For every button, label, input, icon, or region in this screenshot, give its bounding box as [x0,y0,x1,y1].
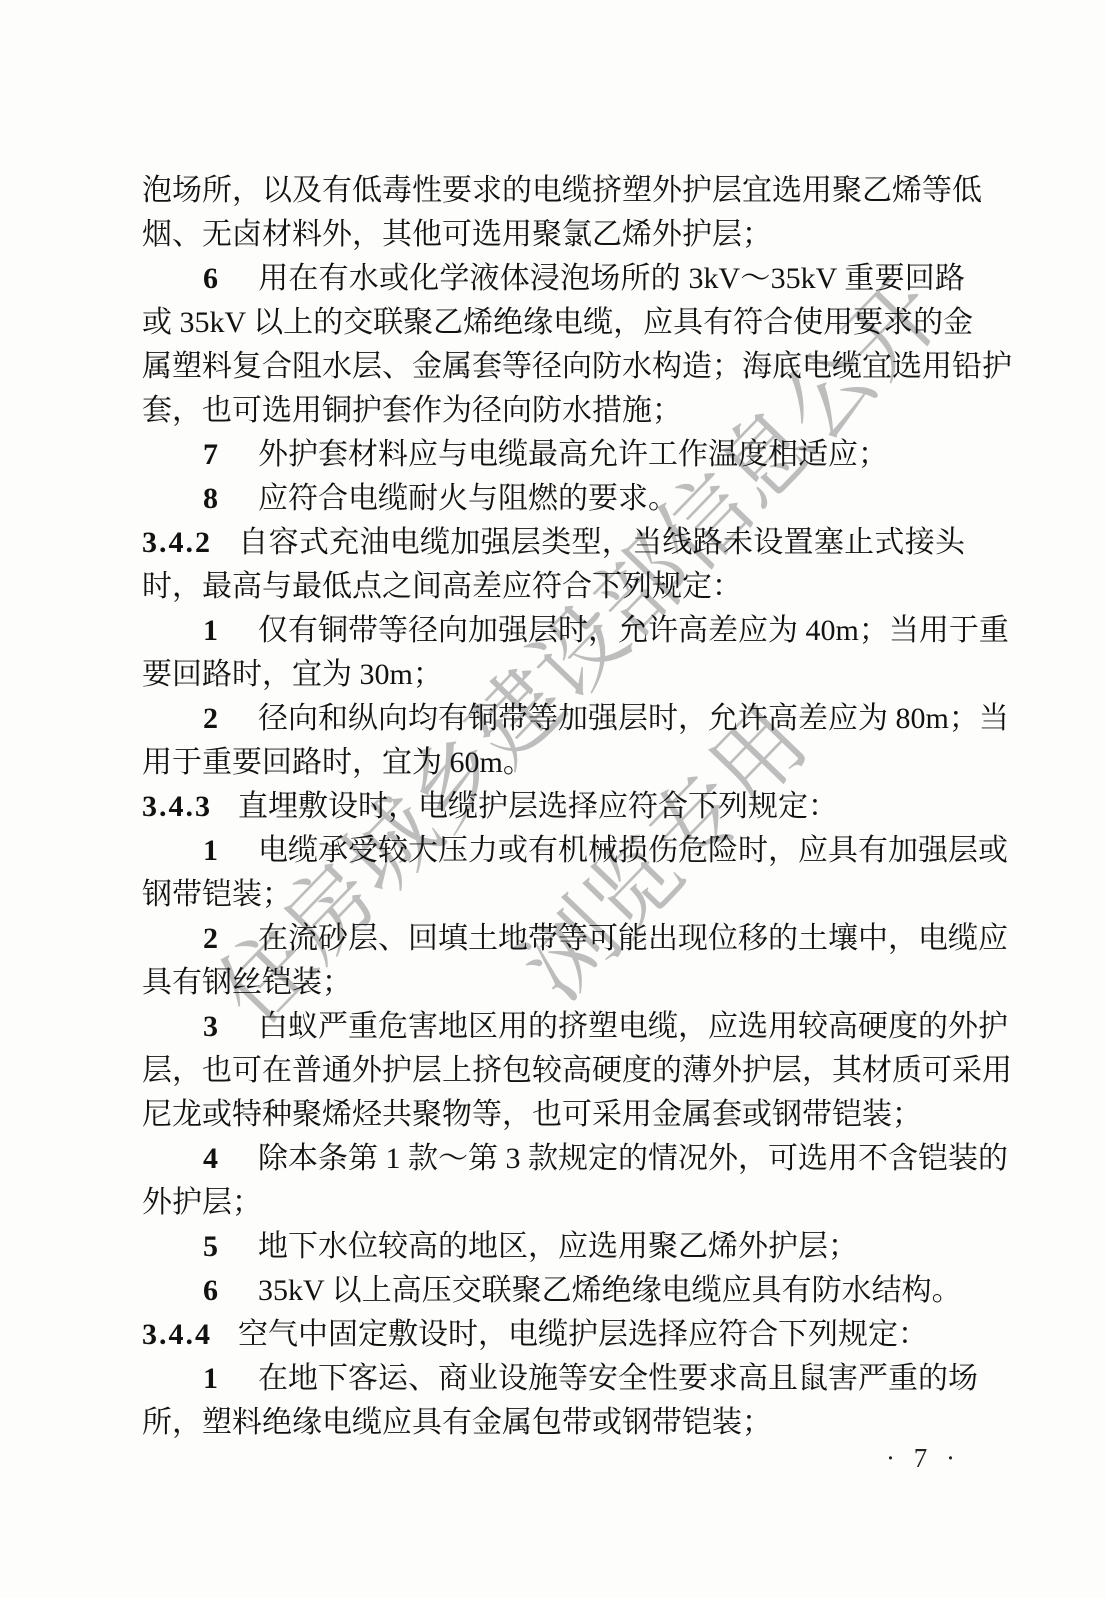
line-text: 所，塑料绝缘电缆应具有金属包带或钢带铠装； [142,1406,772,1439]
text-line: 时，最高与最低点之间高差应符合下列规定： [142,565,965,609]
clause-line: 3.4.3直埋敷设时，电缆护层选择应符合下列规定： [142,785,965,829]
line-text: 除本条第 1 款～第 3 款规定的情况外，可选用不含铠装的 [258,1142,1008,1175]
line-text: 电缆承受较大压力或有机械损伤危险时，应具有加强层或 [258,834,1008,867]
line-text: 或 35kV 以上的交联聚乙烯绝缘电缆，应具有符合使用要求的金 [142,306,973,339]
clause-line: 3.4.4空气中固定敷设时，电缆护层选择应符合下列规定： [142,1313,965,1357]
text-line: 4除本条第 1 款～第 3 款规定的情况外，可选用不含铠装的 [142,1137,965,1181]
line-text: 仅有铜带等径向加强层时，允许高差应为 40m；当用于重 [258,614,1009,647]
line-text: 35kV 以上高压交联聚乙烯绝缘电缆应具有防水结构。 [258,1274,962,1307]
item-number: 1 [203,1362,218,1395]
item-number: 5 [203,1230,218,1263]
line-text: 层，也可在普通外护层上挤包较高硬度的薄外护层，其材质可采用 [142,1054,1012,1087]
line-text: 烟、无卤材料外，其他可选用聚氯乙烯外护层； [142,218,772,251]
text-line: 外护层； [142,1181,965,1225]
line-text: 泡场所，以及有低毒性要求的电缆挤塑外护层宜选用聚乙烯等低 [142,174,982,207]
text-line: 2在流砂层、回填土地带等可能出现位移的土壤中，电缆应 [142,917,965,961]
clause-number: 3.4.4 [142,1318,212,1351]
clause-number: 3.4.2 [142,526,212,559]
item-number: 6 [203,262,218,295]
page-body: 泡场所，以及有低毒性要求的电缆挤塑外护层宜选用聚乙烯等低烟、无卤材料外，其他可选… [142,169,965,1445]
text-line: 8应符合电缆耐火与阻燃的要求。 [142,477,965,521]
text-line: 烟、无卤材料外，其他可选用聚氯乙烯外护层； [142,213,965,257]
line-text: 直埋敷设时，电缆护层选择应符合下列规定： [238,790,838,823]
text-line: 3白蚁严重危害地区用的挤塑电缆，应选用较高硬度的外护 [142,1005,965,1049]
text-line: 用于重要回路时，宜为 60m。 [142,741,965,785]
item-number: 6 [203,1274,218,1307]
line-text: 外护套材料应与电缆最高允许工作温度相适应； [258,438,888,471]
line-text: 在流砂层、回填土地带等可能出现位移的土壤中，电缆应 [258,922,1008,955]
text-line: 尼龙或特种聚烯烃共聚物等，也可采用金属套或钢带铠装； [142,1093,965,1137]
text-line: 泡场所，以及有低毒性要求的电缆挤塑外护层宜选用聚乙烯等低 [142,169,965,213]
item-number: 1 [203,614,218,647]
text-line: 套，也可选用铜护套作为径向防水措施； [142,389,965,433]
line-text: 属塑料复合阻水层、金属套等径向防水构造；海底电缆宜选用铅护 [142,350,1012,383]
line-text: 尼龙或特种聚烯烃共聚物等，也可采用金属套或钢带铠装； [142,1098,922,1131]
text-line: 7外护套材料应与电缆最高允许工作温度相适应； [142,433,965,477]
item-number: 2 [203,702,218,735]
text-line: 或 35kV 以上的交联聚乙烯绝缘电缆，应具有符合使用要求的金 [142,301,965,345]
line-text: 钢带铠装； [142,878,292,911]
text-line: 2径向和纵向均有铜带等加强层时，允许高差应为 80m；当 [142,697,965,741]
text-line: 5地下水位较高的地区，应选用聚乙烯外护层； [142,1225,965,1269]
text-line: 钢带铠装； [142,873,965,917]
text-line: 具有钢丝铠装； [142,961,965,1005]
line-text: 空气中固定敷设时，电缆护层选择应符合下列规定： [238,1318,928,1351]
line-text: 用在有水或化学液体浸泡场所的 3kV～35kV 重要回路 [258,262,965,295]
item-number: 2 [203,922,218,955]
page-number: · 7 · [142,1443,965,1473]
line-text: 外护层； [142,1186,262,1219]
line-text: 套，也可选用铜护套作为径向防水措施； [142,394,682,427]
line-text: 地下水位较高的地区，应选用聚乙烯外护层； [258,1230,858,1263]
line-text: 白蚁严重危害地区用的挤塑电缆，应选用较高硬度的外护 [258,1010,1008,1043]
line-text: 径向和纵向均有铜带等加强层时，允许高差应为 80m；当 [258,702,1009,735]
text-line: 1在地下客运、商业设施等安全性要求高且鼠害严重的场 [142,1357,965,1401]
text-line: 层，也可在普通外护层上挤包较高硬度的薄外护层，其材质可采用 [142,1049,965,1093]
clause-line: 3.4.2自容式充油电缆加强层类型，当线路未设置塞止式接头 [142,521,965,565]
text-line: 属塑料复合阻水层、金属套等径向防水构造；海底电缆宜选用铅护 [142,345,965,389]
text-line: 所，塑料绝缘电缆应具有金属包带或钢带铠装； [142,1401,965,1445]
item-number: 4 [203,1142,218,1175]
item-number: 1 [203,834,218,867]
clause-number: 3.4.3 [142,790,212,823]
item-number: 3 [203,1010,218,1043]
item-number: 8 [203,482,218,515]
line-text: 要回路时，宜为 30m； [142,658,443,691]
line-text: 用于重要回路时，宜为 60m。 [142,746,533,779]
text-line: 635kV 以上高压交联聚乙烯绝缘电缆应具有防水结构。 [142,1269,965,1313]
line-text: 自容式充油电缆加强层类型，当线路未设置塞止式接头 [238,526,965,559]
text-line: 6用在有水或化学液体浸泡场所的 3kV～35kV 重要回路 [142,257,965,301]
line-text: 具有钢丝铠装； [142,966,352,999]
line-text: 时，最高与最低点之间高差应符合下列规定： [142,570,742,603]
text-line: 1电缆承受较大压力或有机械损伤危险时，应具有加强层或 [142,829,965,873]
line-text: 应符合电缆耐火与阻燃的要求。 [258,482,678,515]
text-line: 1仅有铜带等径向加强层时，允许高差应为 40m；当用于重 [142,609,965,653]
line-text: 在地下客运、商业设施等安全性要求高且鼠害严重的场 [258,1362,978,1395]
text-line: 要回路时，宜为 30m； [142,653,965,697]
item-number: 7 [203,438,218,471]
